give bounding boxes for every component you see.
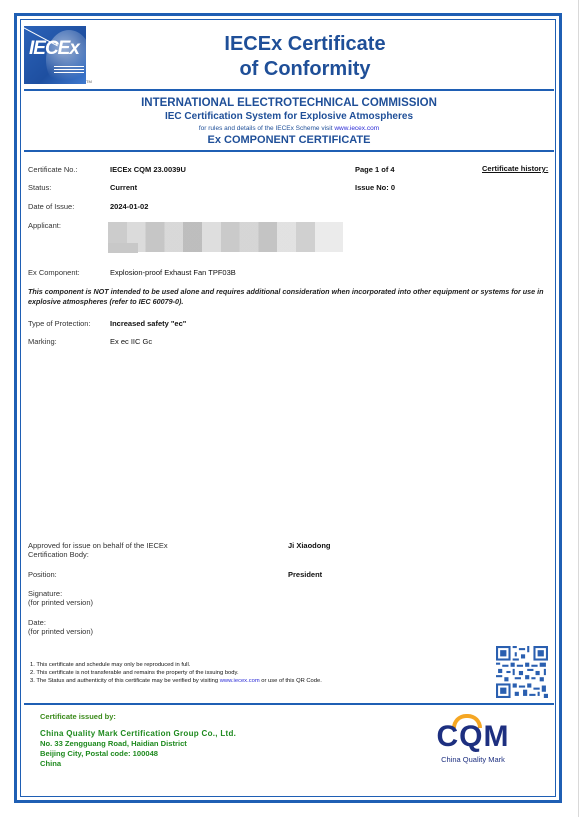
- applicant-redacted: [108, 222, 343, 252]
- cqm-logo-word: CQM: [423, 720, 523, 754]
- rules-text: for rules and details of the IECEx Schem…: [199, 125, 333, 132]
- signature-label-text: Signature:: [28, 589, 93, 598]
- approved-by-value: Ji Xiaodong: [288, 541, 331, 550]
- issuer-block: China Quality Mark Certification Group C…: [40, 729, 236, 769]
- signature-label: Signature: (for printed version): [28, 589, 93, 607]
- applicant-redacted-2: [108, 243, 138, 253]
- condition-item: 3. The Status and authenticity of this c…: [30, 677, 322, 685]
- footer-divider: [24, 703, 554, 705]
- title-line-2: of Conformity: [180, 57, 430, 82]
- issue-number: Issue No: 0: [355, 183, 395, 192]
- title-line-1: IECEx Certificate: [180, 32, 430, 57]
- date-of-issue-value: 2024-01-02: [110, 202, 148, 211]
- ex-component-label: Ex Component:: [28, 268, 80, 277]
- page-indicator: Page 1 of 4: [355, 165, 395, 174]
- date-label: Date: (for printed version): [28, 618, 93, 636]
- signature-label-sub: (for printed version): [28, 598, 93, 607]
- iecex-website-link[interactable]: www.iecex.com: [334, 125, 379, 132]
- system-name: IEC Certification System for Explosive A…: [22, 111, 556, 122]
- conditions-list: 1. This certificate and schedule may onl…: [30, 661, 322, 685]
- org-name: INTERNATIONAL ELECTROTECHNICAL COMMISSIO…: [22, 97, 556, 109]
- issuer-label: Certificate issued by:: [40, 712, 116, 721]
- ex-component-value: Explosion-proof Exhaust Fan TPF03B: [110, 268, 236, 277]
- certificate-no-label: Certificate No.:: [28, 165, 78, 174]
- condition-item: 1. This certificate and schedule may onl…: [30, 661, 322, 669]
- position-label: Position:: [28, 570, 57, 579]
- page-edge-line: [578, 0, 579, 817]
- component-note: This component is NOT intended to be use…: [28, 287, 548, 307]
- iecex-verify-link[interactable]: www.iecex.com: [220, 678, 260, 684]
- position-value: President: [288, 570, 322, 579]
- rules-line: for rules and details of the IECEx Schem…: [22, 125, 556, 132]
- issuer-name: China Quality Mark Certification Group C…: [40, 729, 236, 739]
- date-label-sub: (for printed version): [28, 627, 93, 636]
- type-of-protection-value: Increased safety "ec": [110, 319, 186, 328]
- approved-label: Approved for issue on behalf of the IECE…: [28, 541, 198, 559]
- trademark-mark: TM: [86, 79, 92, 84]
- page-title: IECEx Certificate of Conformity: [180, 32, 430, 82]
- issuer-address-2: Beijing City, Postal code: 100048: [40, 749, 236, 759]
- header-divider: [24, 89, 554, 91]
- qr-code-icon[interactable]: [496, 646, 548, 698]
- date-of-issue-label: Date of Issue:: [28, 202, 74, 211]
- section-divider: [24, 150, 554, 152]
- cqm-logo: CQM China Quality Mark: [423, 712, 523, 768]
- date-label-text: Date:: [28, 618, 93, 627]
- certificate-type: Ex COMPONENT CERTIFICATE: [22, 134, 556, 146]
- certificate-no-value: IECEx CQM 23.0039U: [110, 165, 186, 174]
- marking-value: Ex ec IIC Gc: [110, 337, 152, 346]
- issuer-country: China: [40, 759, 236, 769]
- marking-label: Marking:: [28, 337, 57, 346]
- condition-3-text: 3. The Status and authenticity of this c…: [30, 678, 218, 684]
- status-label: Status:: [28, 183, 51, 192]
- condition-item: 2. This certificate is not transferable …: [30, 669, 322, 677]
- iecex-logo: IECEx: [24, 26, 86, 84]
- issuer-address-1: No. 33 Zengguang Road, Haidian District: [40, 739, 236, 749]
- status-value: Current: [110, 183, 137, 192]
- certificate-history-link[interactable]: Certificate history:: [482, 164, 548, 173]
- logo-text: IECEx: [29, 38, 79, 60]
- type-of-protection-label: Type of Protection:: [28, 319, 91, 328]
- cqm-logo-subtitle: China Quality Mark: [423, 755, 523, 764]
- applicant-label: Applicant:: [28, 221, 61, 230]
- condition-3-tail: or use of this QR Code.: [260, 678, 322, 684]
